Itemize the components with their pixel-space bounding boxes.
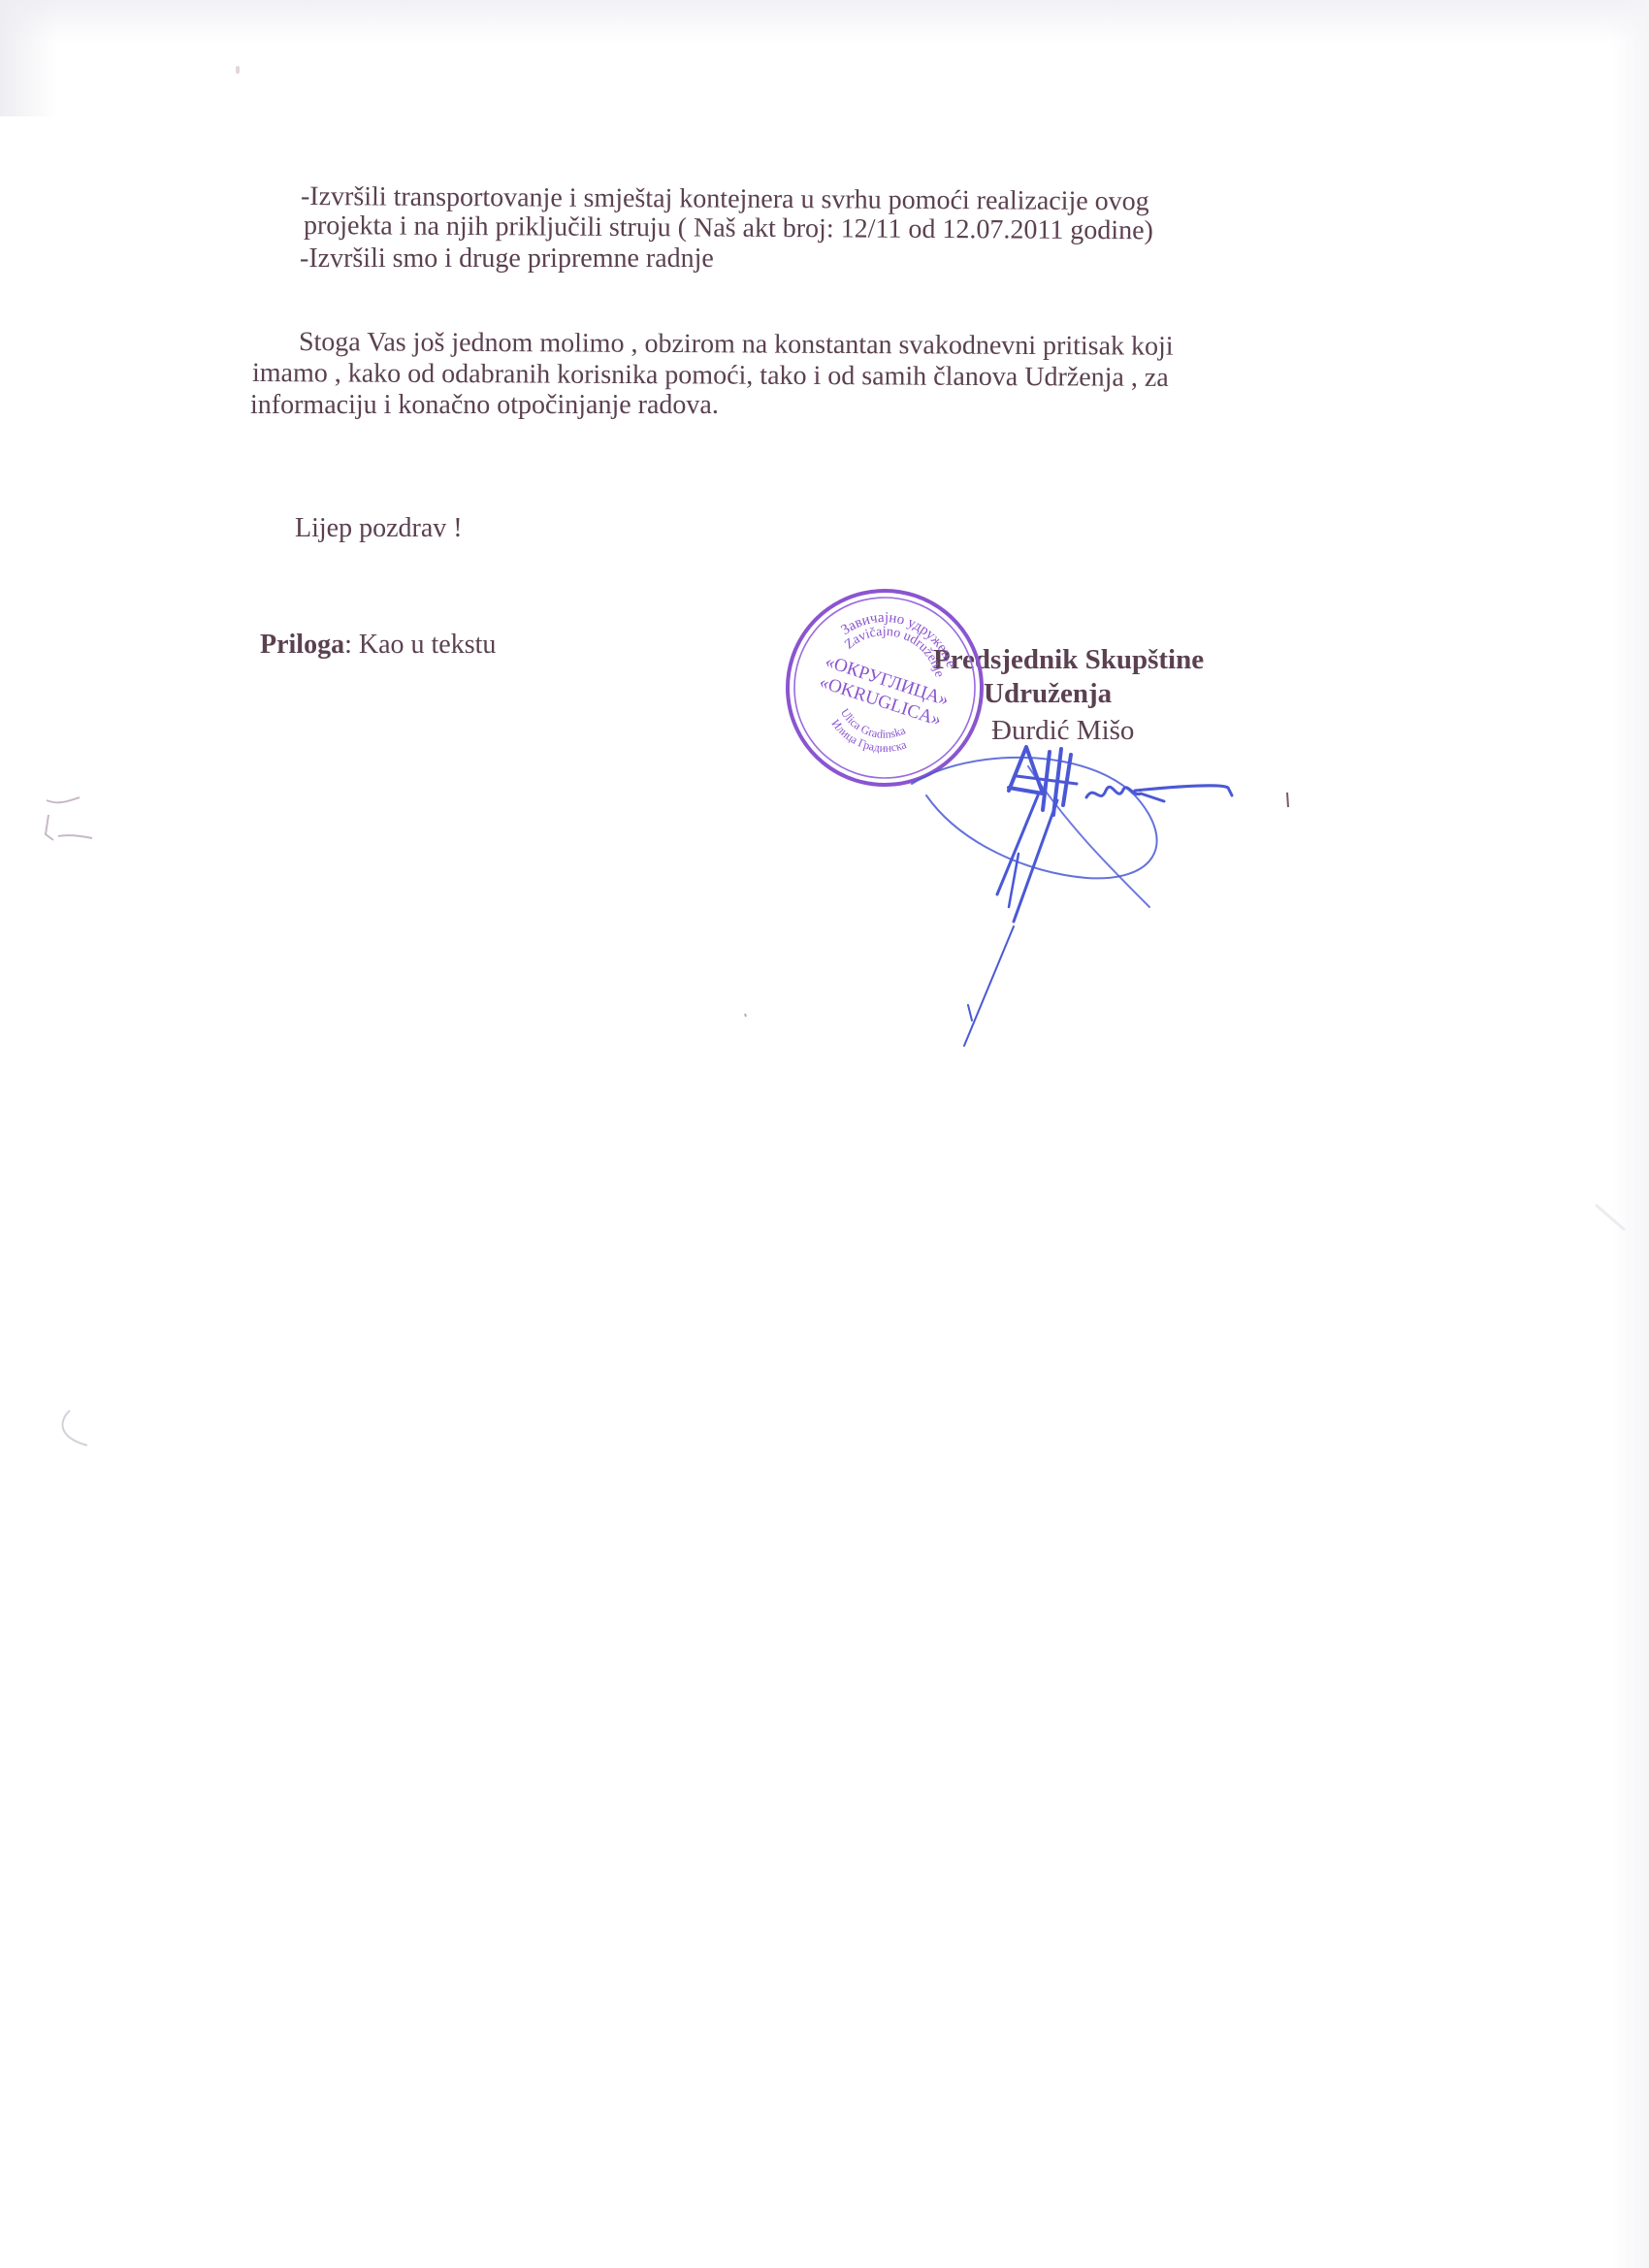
paragraph-line-2: imamo , kako od odabranih korisnika pomo… — [252, 359, 1169, 393]
bullet-line-3: -Izvršili smo i druge pripremne radnje — [300, 244, 714, 274]
greeting: Lijep pozdrav ! — [295, 514, 463, 543]
scan-shadow-right — [1610, 0, 1649, 2268]
bullet-line-2: projekta i na njih priključili struju ( … — [304, 211, 1153, 245]
attachment-value: Kao u tekstu — [352, 630, 497, 660]
attachment-separator: : — [344, 630, 352, 660]
attachment-line: Priloga: Kao u tekstu — [260, 631, 496, 660]
scan-shadow-left — [0, 0, 58, 116]
signature-name: Đurdić Mišo — [991, 716, 1134, 745]
signature-title-2: Udruženja — [984, 679, 1112, 708]
scan-speck — [236, 66, 240, 74]
paragraph-line-3: informaciju i konačno otpočinjanje radov… — [250, 391, 719, 420]
paragraph-line-1: Stoga Vas još jednom molimo , obzirom na… — [299, 328, 1174, 362]
attachment-label: Priloga — [260, 630, 344, 660]
svg-text:Илица Градинска: Илица Градинска — [824, 714, 912, 764]
scanned-page: -Izvršili transportovanje i smještaj kon… — [0, 0, 1649, 2268]
official-stamp-icon: Завичајно удружење Zavičajno udruženje «… — [784, 587, 986, 789]
stamp-bottom-text-2: Илица Градинска — [824, 714, 912, 764]
